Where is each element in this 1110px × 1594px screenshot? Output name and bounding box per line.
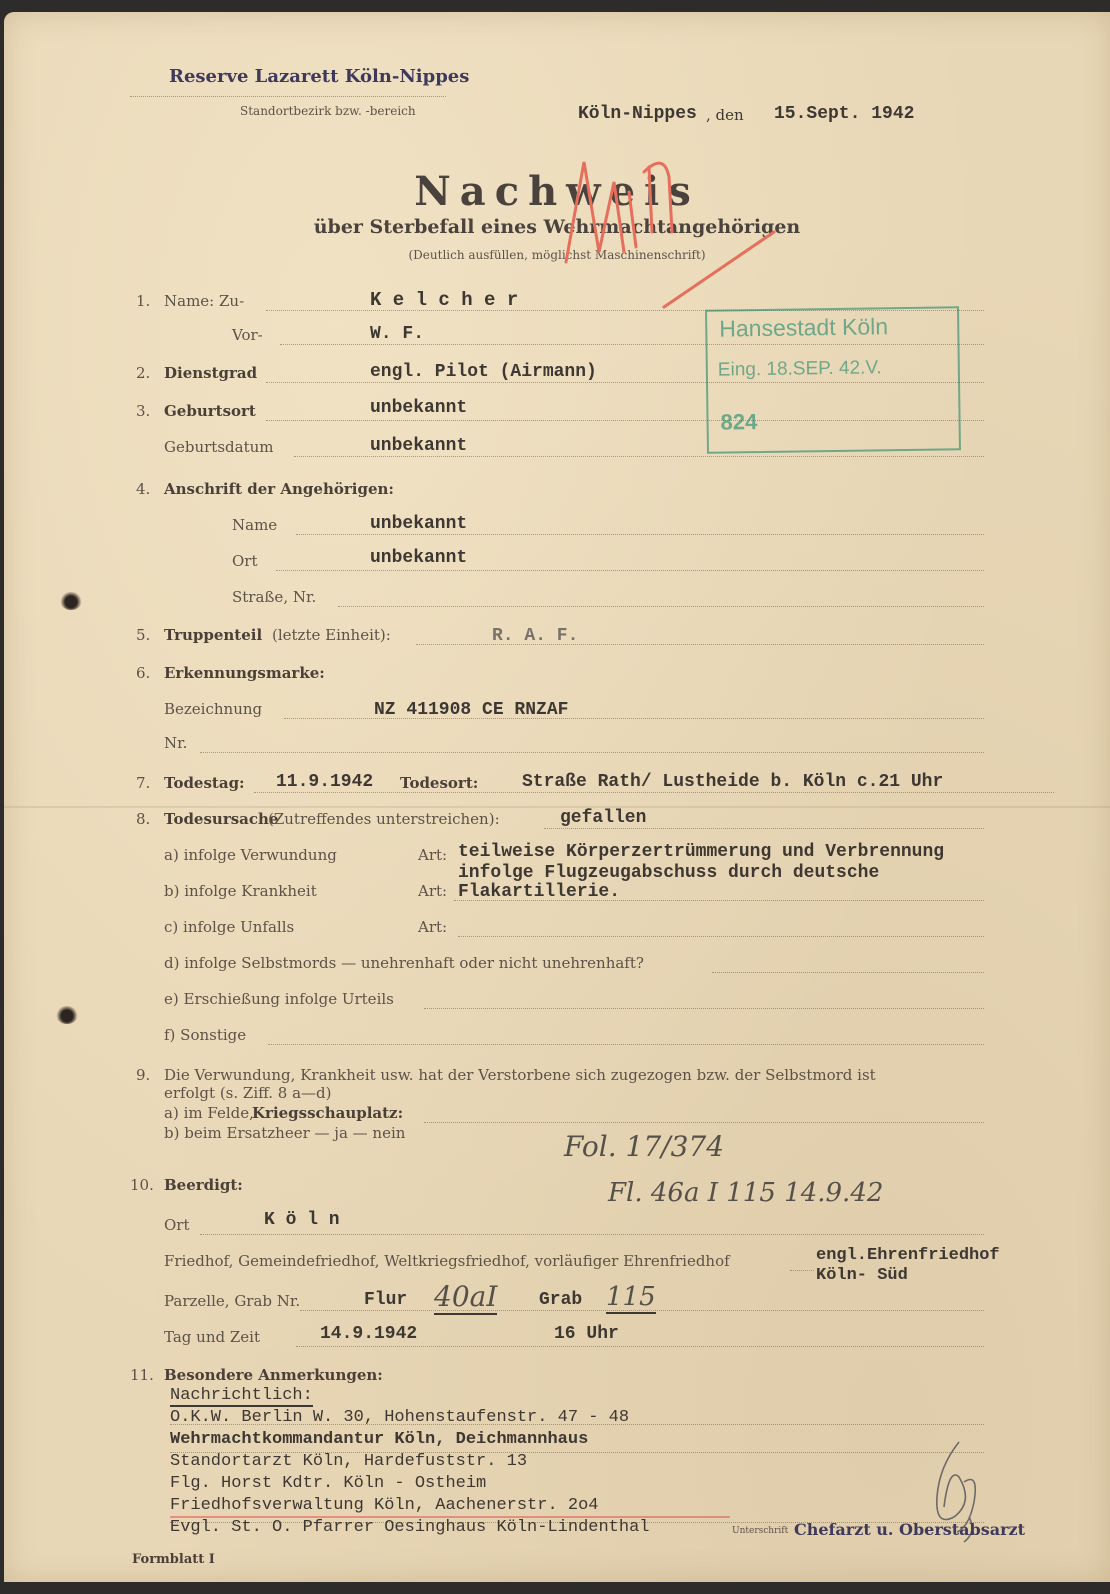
dotted-line <box>544 828 984 829</box>
label-unit-note: (letzte Einheit): <box>272 626 391 644</box>
remarks-line: Flg. Horst Kdtr. Köln - Ostheim <box>170 1474 486 1493</box>
dotted-line <box>294 456 984 457</box>
remarks-line: Standortarzt Köln, Hardefuststr. 13 <box>170 1452 527 1471</box>
label-cause-of-death: Todesursache <box>164 810 278 828</box>
label-cause-other: f) Sonstige <box>164 1026 246 1044</box>
stamp-number: 824 <box>720 409 757 436</box>
institution-name: Reserve Lazarett Köln-Nippes <box>169 66 469 87</box>
label-id-number: Nr. <box>164 734 187 752</box>
value-birthplace: unbekannt <box>370 398 467 418</box>
form-id: Formblatt I <box>132 1552 215 1567</box>
label-cause-execution: e) Erschießung infolge Urteils <box>164 990 394 1008</box>
value-first-name: W. F. <box>370 324 424 344</box>
dotted-line <box>200 752 984 753</box>
value-flur: 40aI <box>434 1280 497 1315</box>
remarks-line: Friedhofsverwaltung Köln, Aachenerstr. 2… <box>170 1496 598 1515</box>
dotted-line <box>424 1122 984 1123</box>
remarks-line: O.K.W. Berlin W. 30, Hohenstaufenstr. 47… <box>170 1408 629 1427</box>
field-number: 3. <box>136 402 150 420</box>
dotted-line <box>266 420 984 421</box>
field-number: 4. <box>136 480 150 498</box>
dotted-line <box>266 382 984 383</box>
value-cemetery-city: Köln- Süd <box>816 1266 908 1285</box>
value-death-date: 11.9.1942 <box>276 772 373 792</box>
dotted-line <box>254 792 1054 793</box>
label-cause-wound: a) infolge Verwundung <box>164 846 337 864</box>
label-burial-place: Ort <box>164 1216 190 1234</box>
value-cause-wound: teilweise Körperzertrümmerung und Verbre… <box>458 842 944 862</box>
label-burial-datetime: Tag und Zeit <box>164 1328 260 1346</box>
value-relative-city: unbekannt <box>370 548 467 568</box>
label-unit: Truppenteil <box>164 626 262 644</box>
label-cause-suicide: d) infolge Selbstmords — unehrenhaft ode… <box>164 954 644 972</box>
field-number: 5. <box>136 626 150 644</box>
field-number: 10. <box>130 1176 154 1194</box>
dotted-line <box>296 534 984 535</box>
header-place: Köln-Nippes <box>578 104 697 124</box>
field-number: 1. <box>136 292 150 310</box>
label-birthdate: Geburtsdatum <box>164 438 273 456</box>
label-id-designation: Bezeichnung <box>164 700 262 718</box>
dotted-line <box>130 96 446 97</box>
punch-hole-icon <box>60 592 82 610</box>
value-birthdate: unbekannt <box>370 436 467 456</box>
label-id-tag: Erkennungsmarke: <box>164 664 325 682</box>
label-circumstances-ref: erfolgt (s. Ziff. 8 a—d) <box>164 1084 332 1102</box>
label-art: Art: <box>418 846 447 864</box>
stamp-city: Hansestadt Köln <box>719 313 888 342</box>
label-in-field: a) im Felde, <box>164 1104 254 1122</box>
label-cause-accident: c) infolge Unfalls <box>164 918 294 936</box>
field-number: 8. <box>136 810 150 828</box>
dotted-line <box>296 1346 984 1347</box>
field-number: 11. <box>130 1366 154 1384</box>
red-pencil-mark-icon <box>544 152 784 322</box>
label-remarks: Besondere Anmerkungen: <box>164 1366 383 1384</box>
label-relative-name: Name <box>232 516 277 534</box>
value-burial-time: 16 Uhr <box>554 1324 619 1344</box>
document-page: Reserve Lazarett Köln-Nippes Standortbez… <box>4 12 1110 1582</box>
value-surname: K e l c h e r <box>370 289 518 311</box>
value-rank: engl. Pilot (Airmann) <box>370 362 597 382</box>
dotted-line <box>424 1008 984 1009</box>
label-relative-city: Ort <box>232 552 258 570</box>
handwritten-grave-note: Fl. 46a I 115 14.9.42 <box>608 1178 883 1208</box>
institution-caption: Standortbezirk bzw. -bereich <box>240 104 416 118</box>
dotted-line <box>458 936 984 937</box>
value-cause-illness: Flakartillerie. <box>458 882 620 902</box>
label-death-place: Todesort: <box>400 774 478 792</box>
label-grave: Grab <box>539 1290 582 1310</box>
header-date-prefix: , den <box>706 106 744 124</box>
dotted-line <box>790 1270 814 1271</box>
label-birthplace: Geburtsort <box>164 402 256 420</box>
value-death-place: Straße Rath/ Lustheide b. Köln c.21 Uhr <box>522 772 943 792</box>
value-burial-place: K ö l n <box>264 1210 340 1230</box>
dotted-line <box>712 972 984 973</box>
handwritten-folio-note: Fol. 17/374 <box>564 1130 724 1163</box>
value-grave: 115 <box>606 1282 656 1314</box>
label-theater-of-war: Kriegsschauplatz: <box>252 1104 403 1122</box>
dotted-line <box>268 1044 984 1045</box>
label-art: Art: <box>418 918 447 936</box>
value-cemetery: engl.Ehrenfriedhof <box>816 1246 1000 1265</box>
dotted-line <box>200 1234 984 1235</box>
label-cause-illness: b) infolge Krankheit <box>164 882 317 900</box>
header-date: 15.Sept. 1942 <box>774 104 914 124</box>
field-number: 9. <box>136 1066 150 1084</box>
label-first-name: Vor- <box>232 326 263 344</box>
value-cause-wound-continued: infolge Flugzeugabschuss durch deutsche <box>458 863 879 883</box>
punch-hole-icon <box>56 1006 78 1024</box>
paper-fold <box>4 806 1110 808</box>
label-cause-note: (Zutreffendes unterstreichen): <box>268 810 500 828</box>
value-unit: R. A. F. <box>492 626 578 646</box>
remarks-line: Evgl. St. O. Pfarrer Oesinghaus Köln-Lin… <box>170 1518 649 1537</box>
field-number: 2. <box>136 364 150 382</box>
label-surname: Name: Zu- <box>164 292 244 310</box>
label-circumstances: Die Verwundung, Krankheit usw. hat der V… <box>164 1066 876 1084</box>
label-rank: Dienstgrad <box>164 364 257 382</box>
value-id-designation: NZ 411908 CE RNZAF <box>374 700 568 720</box>
value-cause-of-death: gefallen <box>560 808 646 828</box>
dotted-line <box>338 606 984 607</box>
signature-caption: Unterschrift <box>732 1526 788 1536</box>
received-stamp: Hansestadt Köln Eing. 18.SEP. 42.V. 824 <box>705 306 961 454</box>
label-art: Art: <box>418 882 447 900</box>
label-buried: Beerdigt: <box>164 1176 243 1194</box>
stamp-received-date: Eing. 18.SEP. 42.V. <box>718 357 882 381</box>
field-number: 7. <box>136 774 150 792</box>
value-relative-name: unbekannt <box>370 514 467 534</box>
dotted-line <box>276 570 984 571</box>
label-plot: Parzelle, Grab Nr. <box>164 1292 300 1310</box>
label-cemetery: Friedhof, Gemeindefriedhof, Weltkriegsfr… <box>164 1252 730 1270</box>
label-death-date: Todestag: <box>164 774 245 792</box>
remarks-line: Wehrmachtkommandantur Köln, Deichmannhau… <box>170 1430 588 1449</box>
value-burial-date: 14.9.1942 <box>320 1324 417 1344</box>
label-flur: Flur <box>364 1290 407 1310</box>
dotted-line <box>280 344 984 345</box>
signatory-title: Chefarzt u. Oberstabsarzt <box>794 1520 1025 1539</box>
label-replacement-army: b) beim Ersatzheer — ja — nein <box>164 1124 405 1142</box>
label-relative-street: Straße, Nr. <box>232 588 316 606</box>
label-relatives-address: Anschrift der Angehörigen: <box>164 480 394 498</box>
field-number: 6. <box>136 664 150 682</box>
remarks-heading: Nachrichtlich: <box>170 1386 313 1407</box>
